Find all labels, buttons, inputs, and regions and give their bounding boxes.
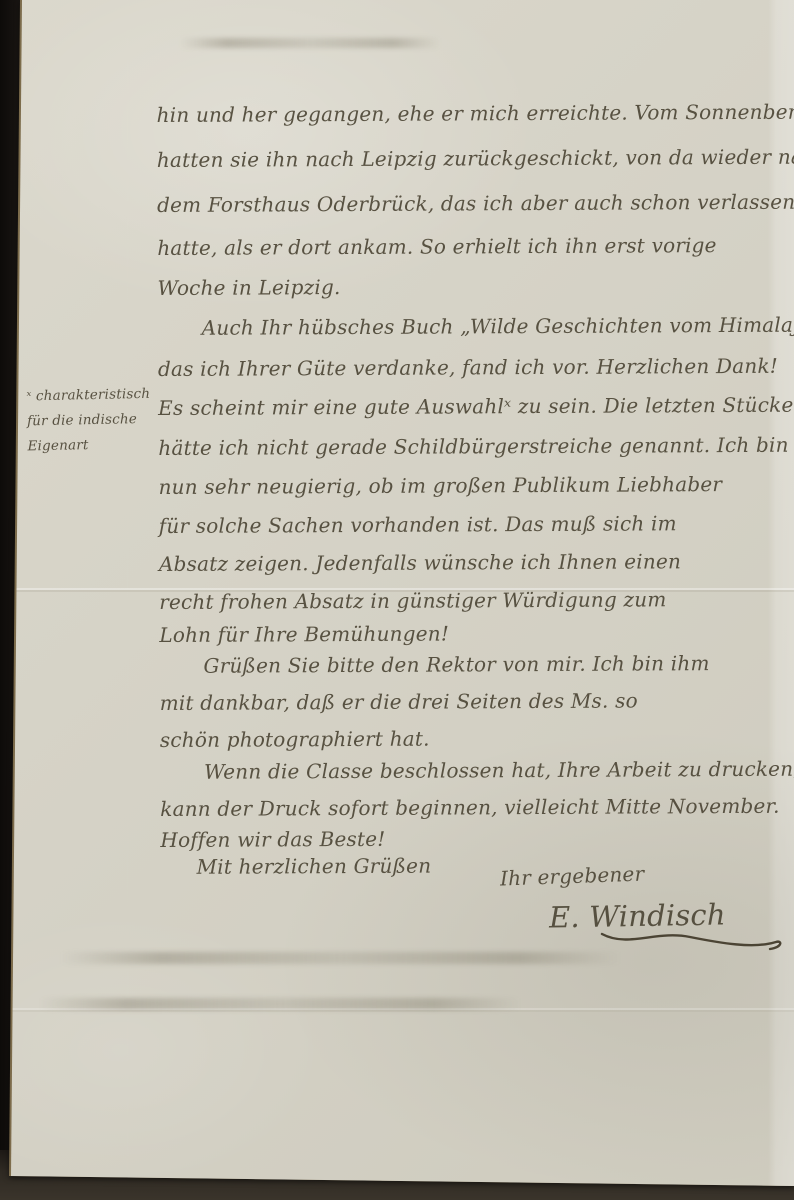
handwriting-line: Lohn für Ihre Bemühungen! [159, 621, 449, 647]
closing-line: Mit herzlichen Grüßen [196, 854, 431, 879]
paper-sheet: ˣ charakteristisch für die indische Eige… [0, 0, 794, 1200]
handwriting-line: hin und her gegangen, ehe er mich erreic… [157, 100, 794, 127]
handwriting-line: Absatz zeigen. Jedenfalls wünsche ich Ih… [159, 549, 681, 576]
margin-annotation-line: Eigenart [27, 432, 162, 460]
handwriting-line: hatte, als er dort ankam. So erhielt ich… [157, 233, 717, 260]
handwriting-line: Grüßen Sie bitte den Rektor von mir. Ich… [203, 651, 709, 678]
scanned-letter-page: ˣ charakteristisch für die indische Eige… [0, 0, 794, 1200]
handwriting-line: das ich Ihrer Güte verdanke, fand ich vo… [158, 354, 778, 381]
handwriting-line: Wenn die Classe beschlossen hat, Ihre Ar… [204, 757, 794, 784]
margin-annotation: ˣ charakteristisch für die indische Eige… [26, 382, 163, 460]
handwriting-line: hätte ich nicht gerade Schildbürgerstrei… [158, 433, 788, 460]
letter-body: hin und her gegangen, ehe er mich erreic… [156, 0, 794, 1200]
handwriting-line: dem Forsthaus Oderbrück, das ich aber au… [157, 190, 794, 217]
handwriting-line: recht frohen Absatz in günstiger Würdigu… [159, 587, 666, 614]
handwriting-line: hatten sie ihn nach Leipzig zurückgeschi… [157, 144, 794, 172]
handwriting-line: mit dankbar, daß er die drei Seiten des … [160, 688, 638, 715]
handwriting-line: nun sehr neugierig, ob im großen Publiku… [158, 472, 722, 499]
handwriting-line: Es scheint mir eine gute Auswahlˣ zu sei… [158, 393, 793, 420]
margin-annotation-line: ˣ charakteristisch [26, 382, 161, 410]
handwriting-line: Auch Ihr hübsches Buch „Wilde Geschichte… [202, 312, 794, 339]
valediction: Ihr ergebener [500, 861, 645, 890]
handwriting-line: schön photographiert hat. [160, 727, 430, 752]
paper-sheet-wrap: ˣ charakteristisch für die indische Eige… [0, 0, 794, 1200]
handwriting-line: für solche Sachen vorhanden ist. Das muß… [159, 511, 677, 538]
handwriting-line: Hoffen wir das Beste! [160, 827, 385, 852]
signature-flourish [598, 922, 788, 958]
margin-annotation-line: für die indische [27, 407, 162, 435]
handwriting-line: Woche in Leipzig. [157, 275, 340, 300]
handwriting-line: kann der Druck sofort beginnen, vielleic… [160, 794, 780, 821]
